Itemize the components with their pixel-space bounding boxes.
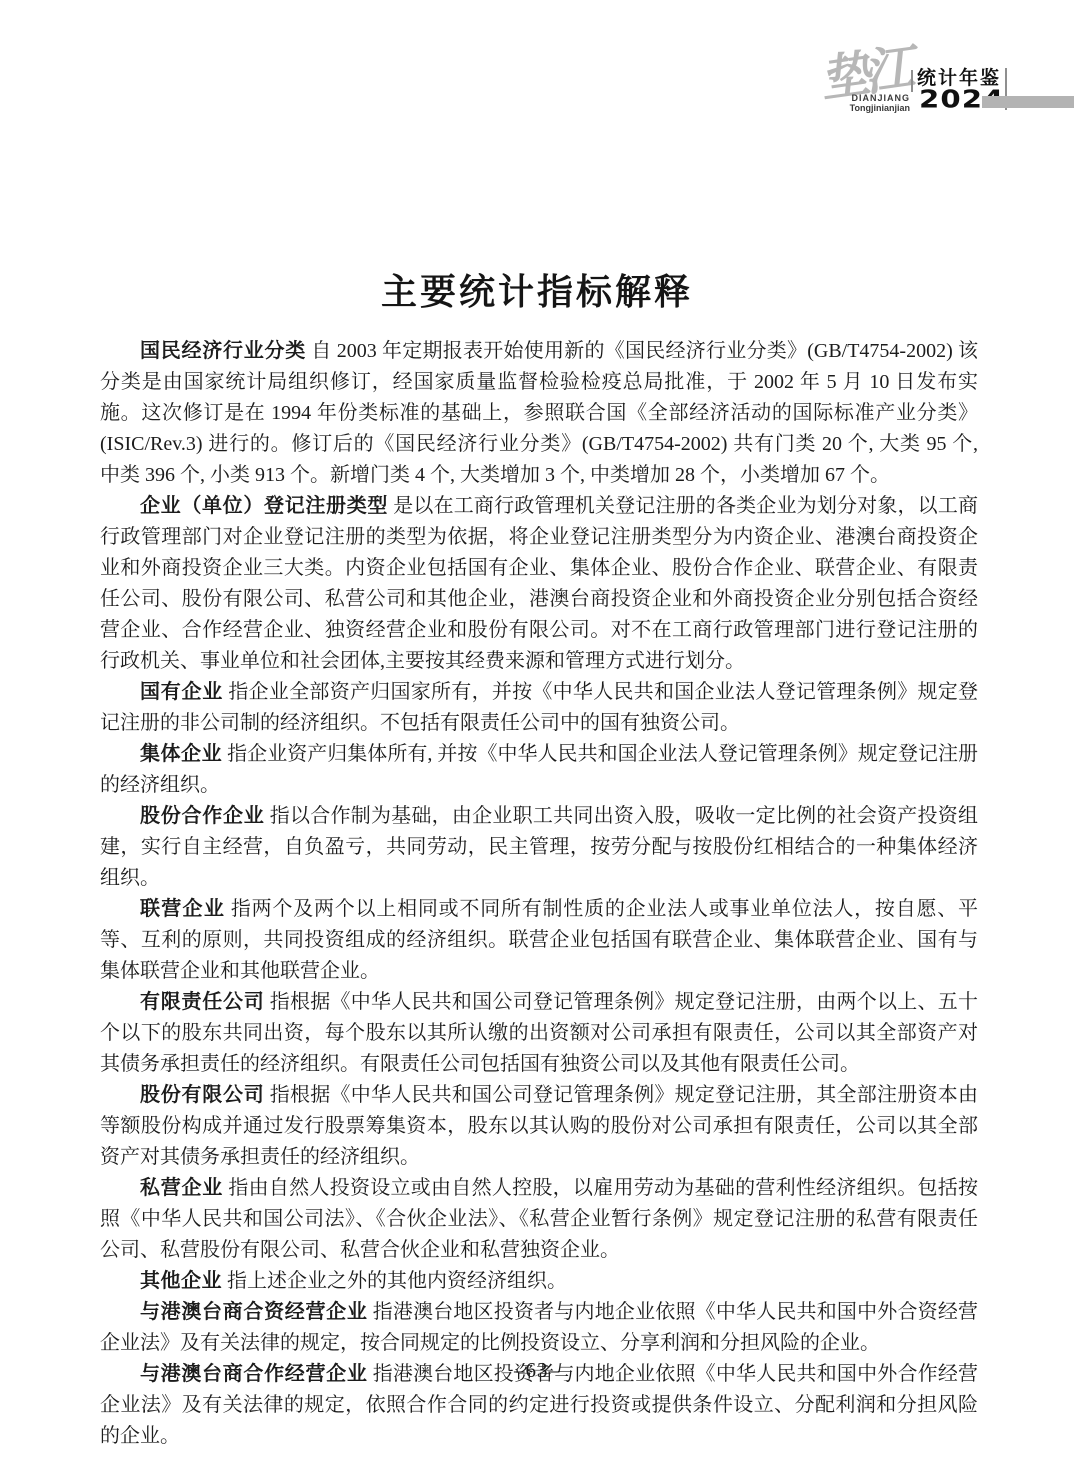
definition-paragraph: 私营企业 指由自然人投资设立或由自然人控股，以雇用劳动为基础的营利性经济组织。包… <box>100 1173 978 1266</box>
definition-paragraph: 企业（单位）登记注册类型 是以在工商行政管理机关登记注册的各类企业为划分对象，以… <box>100 491 978 677</box>
brand-latin-line2: Tongjinianjian <box>820 103 910 113</box>
definition-body: 指企业资产归集体所有, 并按《中华人民共和国企业法人登记管理条例》规定登记注册的… <box>100 743 978 796</box>
header-rule-bar <box>982 96 1074 108</box>
definition-paragraph: 有限责任公司 指根据《中华人民共和国公司登记管理条例》规定登记注册，由两个以上、… <box>100 987 978 1080</box>
definition-paragraph: 其他企业 指上述企业之外的其他内资经济组织。 <box>100 1266 978 1297</box>
definition-paragraph: 国民经济行业分类 自 2003 年定期报表开始使用新的《国民经济行业分类》(GB… <box>100 336 978 491</box>
definition-body: 是以在工商行政管理机关登记注册的各类企业为划分对象，以工商行政管理部门对企业登记… <box>100 495 978 672</box>
page-title: 主要统计指标解释 <box>0 264 1074 315</box>
definition-paragraph: 股份合作企业 指以合作制为基础，由企业职工共同出资入股，吸收一定比例的社会资产投… <box>100 801 978 894</box>
definition-body: 指两个及两个以上相同或不同所有制性质的企业法人或事业单位法人，按自愿、平等、互利… <box>100 898 978 982</box>
definition-term: 有限责任公司 <box>140 991 264 1013</box>
definition-term: 国有企业 <box>140 681 223 703</box>
definition-term: 股份有限公司 <box>140 1084 264 1106</box>
definition-paragraph: 与港澳台商合资经营企业 指港澳台地区投资者与内地企业依照《中华人民共和国中外合资… <box>100 1297 978 1359</box>
definition-term: 股份合作企业 <box>140 805 264 827</box>
yearbook-logo: 垫江 DIANJIANG Tongjinianjian 统计年鉴 2024 <box>0 0 1074 130</box>
yearbook-page: 垫江 DIANJIANG Tongjinianjian 统计年鉴 2024 主要… <box>0 0 1074 1458</box>
definition-paragraph: 集体企业 指企业资产归集体所有, 并按《中华人民共和国企业法人登记管理条例》规定… <box>100 739 978 801</box>
definition-body: 指企业全部资产归国家所有，并按《中华人民共和国企业法人登记管理条例》规定登记注册… <box>100 681 978 734</box>
definition-term: 联营企业 <box>140 898 225 920</box>
page-number: –63– <box>0 1358 1074 1383</box>
definition-paragraph: 国有企业 指企业全部资产归国家所有，并按《中华人民共和国企业法人登记管理条例》规… <box>100 677 978 739</box>
definition-term: 与港澳台商合资经营企业 <box>140 1301 368 1323</box>
definition-term: 私营企业 <box>140 1177 223 1199</box>
definition-body: 指上述企业之外的其他内资经济组织。 <box>227 1270 567 1292</box>
brand-latin-line1: DIANJIANG <box>820 93 910 103</box>
definitions-text: 国民经济行业分类 自 2003 年定期报表开始使用新的《国民经济行业分类》(GB… <box>100 336 978 1452</box>
definition-body: 指由自然人投资设立或由自然人控股，以雇用劳动为基础的营利性经济组织。包括按照《中… <box>100 1177 978 1261</box>
definition-term: 集体企业 <box>140 743 222 765</box>
definition-term: 国民经济行业分类 <box>140 340 306 362</box>
definition-paragraph: 股份有限公司 指根据《中华人民共和国公司登记管理条例》规定登记注册，其全部注册资… <box>100 1080 978 1173</box>
definition-term: 企业（单位）登记注册类型 <box>140 495 388 517</box>
brand-latin-text: DIANJIANG Tongjinianjian <box>820 93 910 114</box>
definition-term: 其他企业 <box>140 1270 222 1292</box>
definition-paragraph: 联营企业 指两个及两个以上相同或不同所有制性质的企业法人或事业单位法人，按自愿、… <box>100 894 978 987</box>
